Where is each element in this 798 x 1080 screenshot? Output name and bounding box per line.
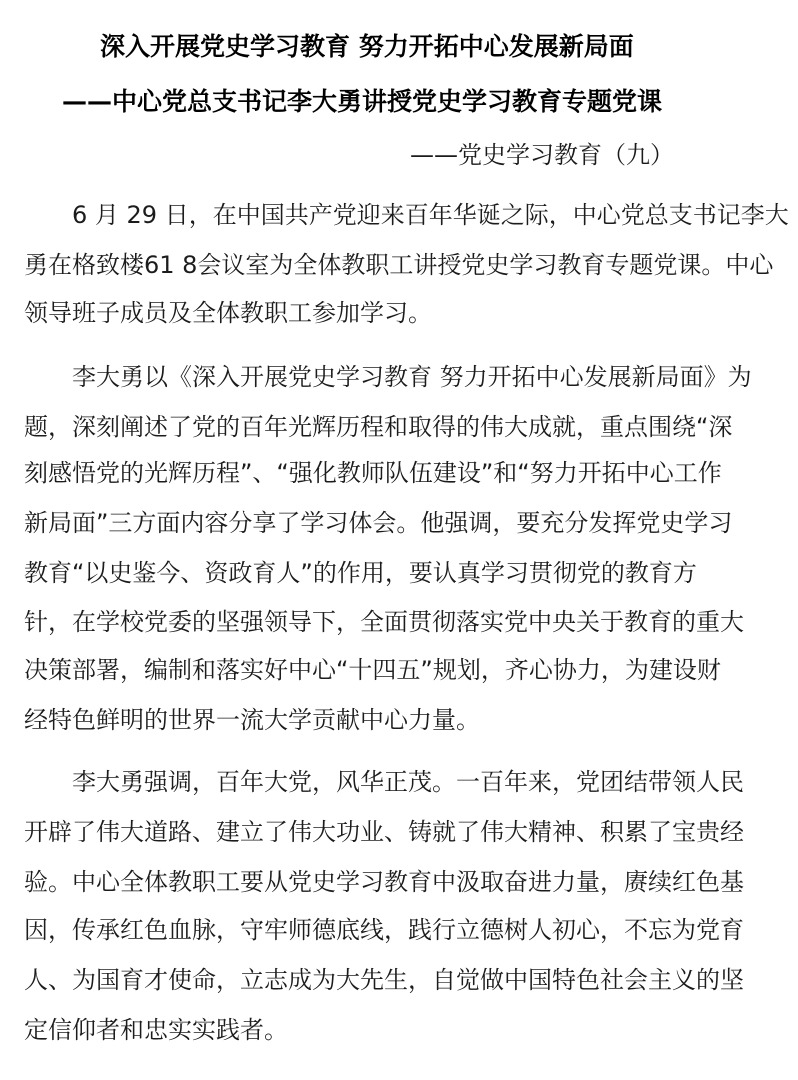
paragraph-line: 开辟了伟大道路、建立了伟大功业、铸就了伟大精神、积累了宝贵经 — [24, 820, 744, 844]
paragraph-line: 验。中心全体教职工要从党史学习教育中汲取奋进力量，赓续红色基 — [24, 870, 744, 894]
paragraph-line: 决策部署，编制和落实好中心“十四五”规划，齐心协力，为建设财 — [24, 658, 721, 682]
paragraph-line: 人、为国育才使命，立志成为大先生，自觉做中国特色社会主义的坚 — [24, 968, 744, 992]
paragraph-line: 刻感悟党的光辉历程”、“强化教师队伍建设”和“努力开拓中心工作 — [24, 461, 722, 485]
paragraph-line: 题，深刻阐述了党的百年光辉历程和取得的伟大成就，重点围绕“深 — [24, 415, 732, 439]
title-line-2: ——中心党总支书记李大勇讲授党史学习教育专题党课 — [62, 89, 662, 114]
title-line-1: 深入开展党史学习教育 努力开拓中心发展新局面 — [100, 34, 634, 59]
paragraph-line: 新局面”三方面内容分享了学习体会。他强调，要充分发挥党史学习 — [24, 511, 732, 535]
paragraph-line: 针，在学校党委的坚强领导下，全面贯彻落实党中央关于教育的重大 — [24, 610, 744, 634]
paragraph-line: 6 月 29 日，在中国共产党迎来百年华诞之际，中心党总支书记李大 — [72, 203, 789, 227]
paragraph-line: 经特色鲜明的世界一流大学贡献中心力量。 — [24, 708, 480, 732]
paragraph-line: 定信仰者和忠实实践者。 — [24, 1018, 288, 1042]
paragraph-line: 教育“以史鉴今、资政育人”的作用，要认真学习贯彻党的教育方 — [24, 561, 697, 585]
paragraph-line: 因，传承红色血脉，守牢师德底线，践行立德树人初心，不忘为党育 — [24, 918, 744, 942]
paragraph-line: 领导班子成员及全体教职工参加学习。 — [24, 301, 432, 325]
paragraph-line: 李大勇强调，百年大党，风华正茂。一百年来，党团结带领人民 — [72, 770, 744, 794]
series-subtitle: ——党史学习教育（九） — [410, 143, 674, 167]
paragraph-line: 李大勇以《深入开展党史学习教育 努力开拓中心发展新局面》为 — [72, 365, 752, 389]
paragraph-line: 勇在格致楼61 8会议室为全体教职工讲授党史学习教育专题党课。中心 — [24, 253, 773, 277]
